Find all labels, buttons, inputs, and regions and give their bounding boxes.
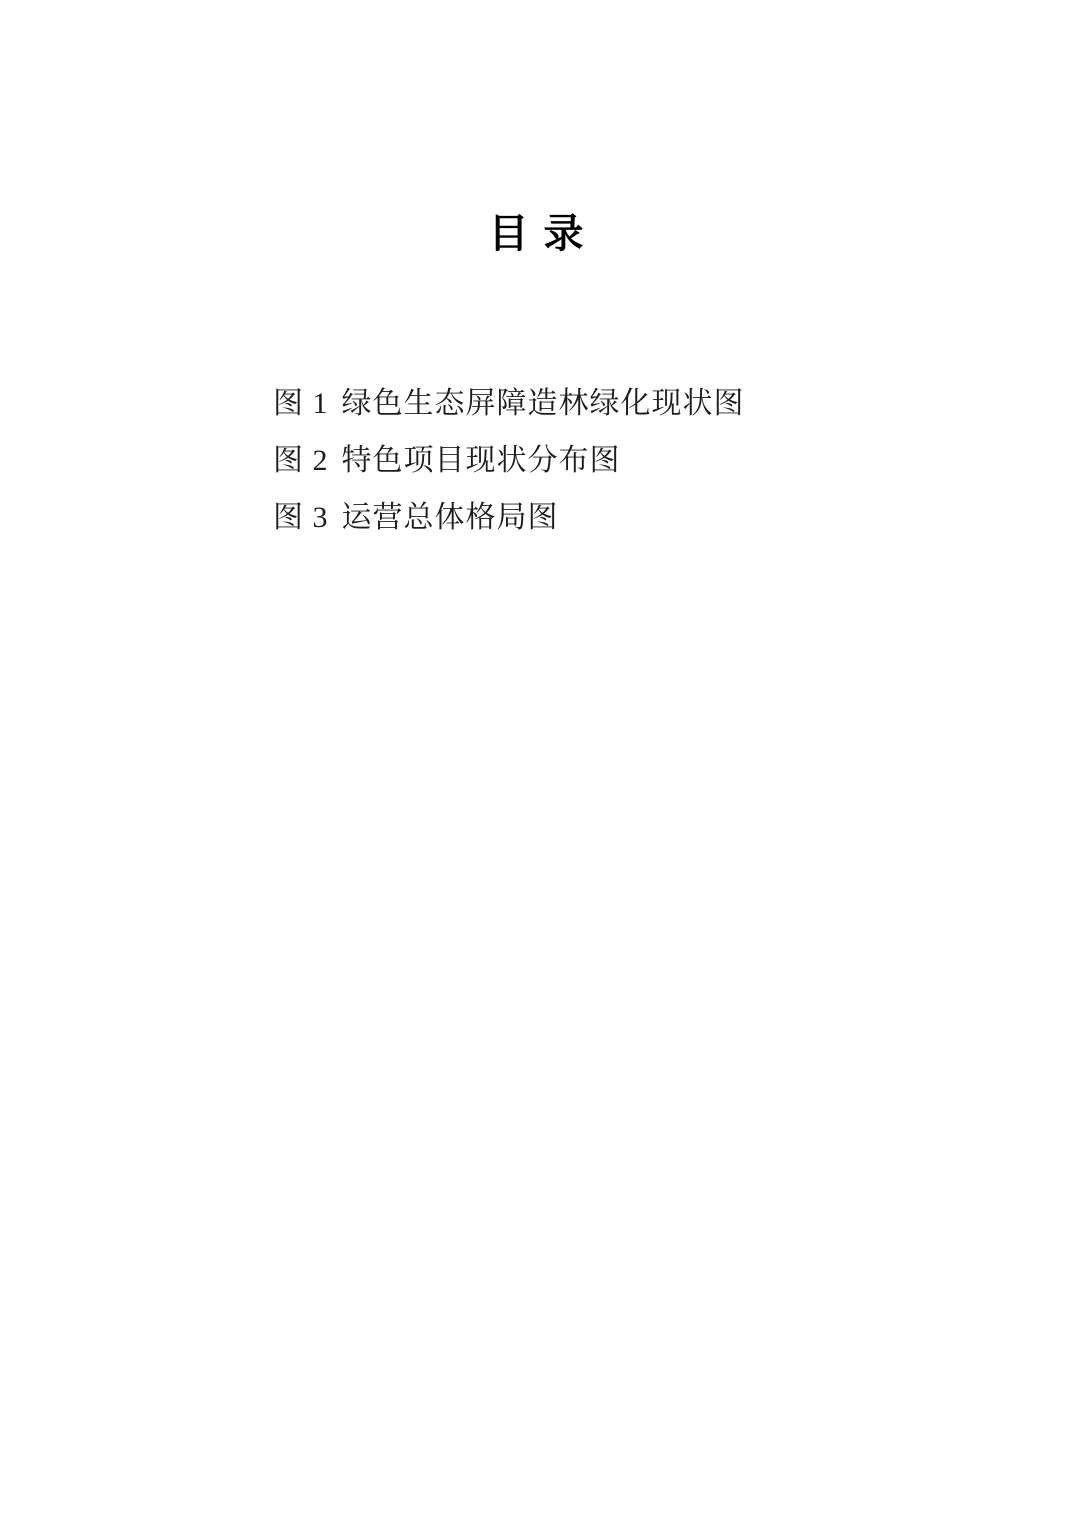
figure-3-caption: 运营总体格局图 — [342, 501, 559, 534]
figure-1-caption: 绿色生态屏障造林绿化现状图 — [342, 387, 745, 420]
figure-2-label: 图 2 — [273, 444, 329, 477]
figure-toc-list: 图 1绿色生态屏障造林绿化现状图 图 2特色项目现状分布图 图 3运营总体格局图 — [222, 318, 745, 489]
toc-entry-figure-1: 图 1绿色生态屏障造林绿化现状图 — [222, 318, 745, 375]
page-title: 目 录 — [0, 212, 1074, 256]
figure-3-label: 图 3 — [273, 501, 329, 534]
figure-2-caption: 特色项目现状分布图 — [342, 444, 621, 477]
figure-1-label: 图 1 — [273, 387, 329, 420]
document-page: 目 录 图 1绿色生态屏障造林绿化现状图 图 2特色项目现状分布图 图 3运营总… — [0, 0, 1074, 1520]
